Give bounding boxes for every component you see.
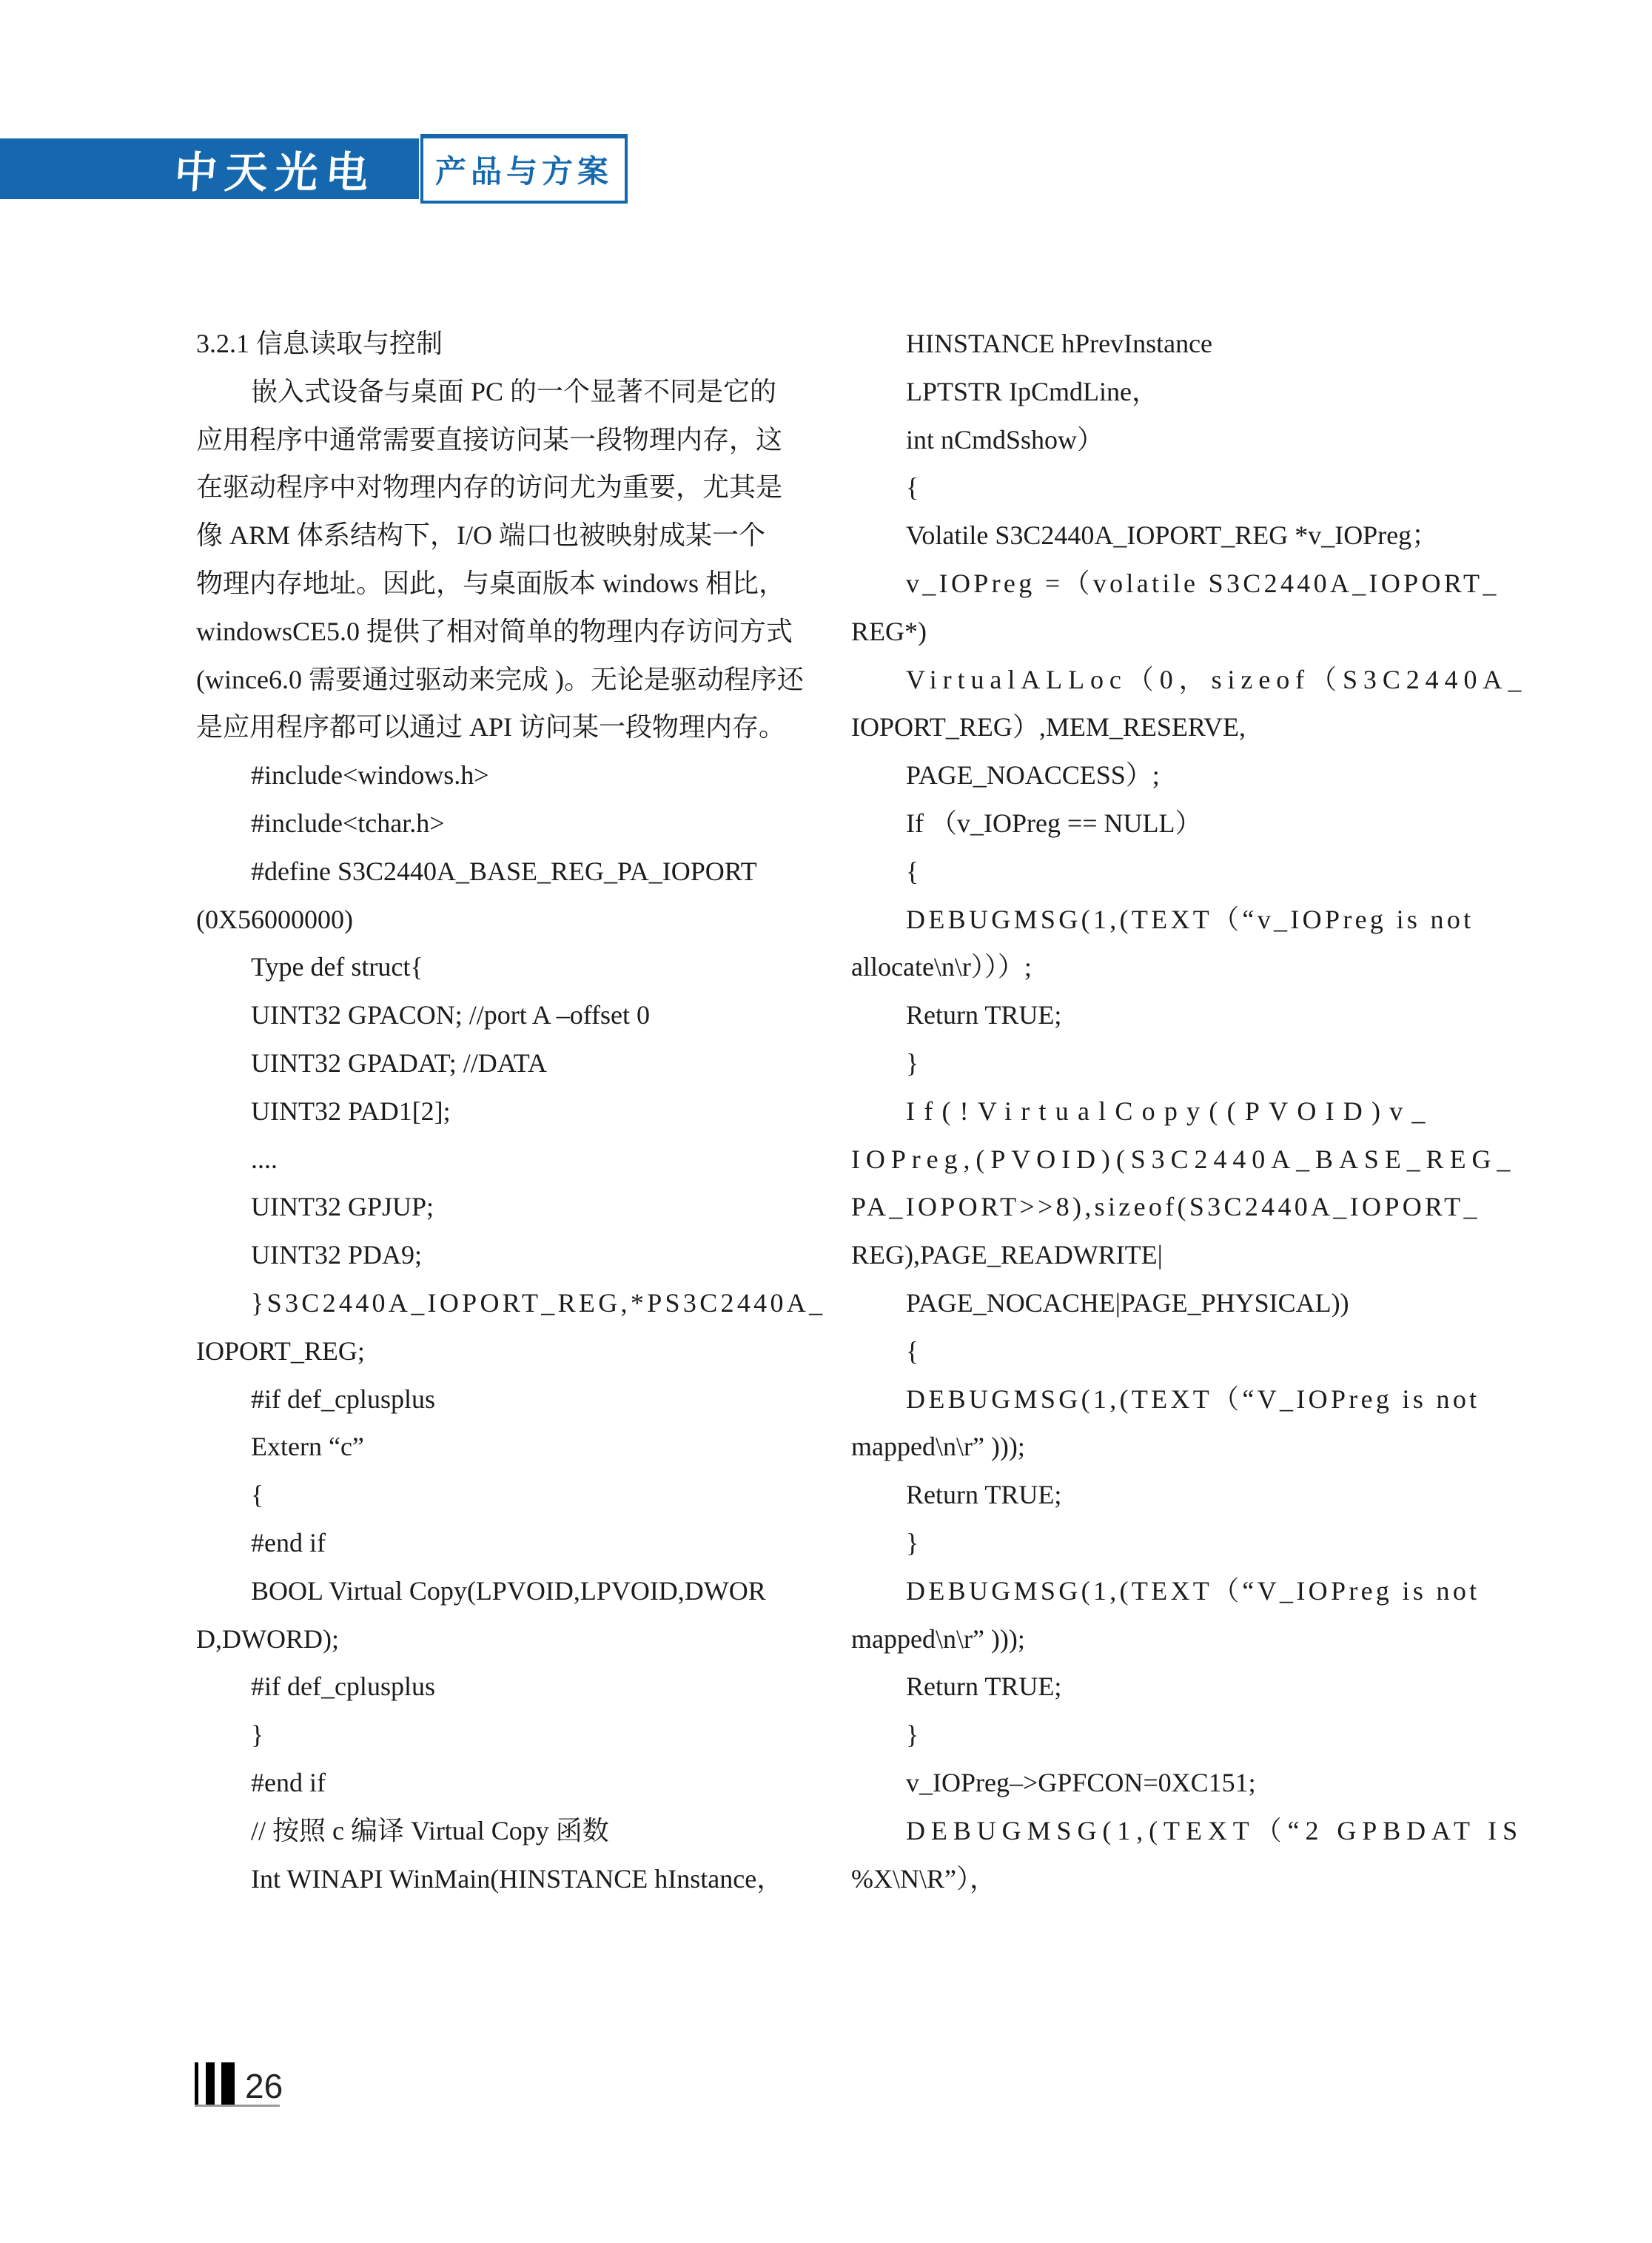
- text-line: REG*): [851, 608, 1517, 656]
- text-line: #end if: [196, 1519, 788, 1567]
- text-line: Int WINAPI WinMain(HINSTANCE hInstance，: [196, 1855, 788, 1903]
- text-line: 在驱动程序中对物理内存的访问尤为重要，尤其是: [196, 463, 788, 512]
- text-line: // 按照 c 编译 Virtual Copy 函数: [196, 1807, 788, 1855]
- text-line: If （v_IOPreg == NULL）: [851, 799, 1517, 848]
- text-line: VirtualALLoc（0，sizeof（S3C2440A_: [851, 656, 1517, 704]
- text-line: mapped\n\r” )));: [851, 1615, 1517, 1663]
- article-column-left: 3.2.1 信息读取与控制嵌入式设备与桌面 PC 的一个显著不同是它的应用程序中…: [196, 320, 788, 1902]
- text-line: REG),PAGE_READWRITE|: [851, 1231, 1517, 1279]
- text-line: #define S3C2440A_BASE_REG_PA_IOPORT: [196, 848, 788, 896]
- text-line: Extern “c”: [196, 1423, 788, 1471]
- footer-rule: [195, 2105, 280, 2107]
- text-line: }: [851, 1519, 1517, 1567]
- text-line: PAGE_NOACCESS）;: [851, 751, 1517, 799]
- brand-logo: 中天光电: [172, 138, 378, 200]
- text-line: 物理内存地址。因此，与桌面版本 windows 相比，: [196, 560, 788, 608]
- text-line: {: [196, 1471, 788, 1519]
- text-line: (wince6.0 需要通过驱动来完成 )。无论是驱动程序还: [196, 656, 788, 704]
- text-line: D,DWORD);: [196, 1615, 788, 1663]
- text-line: DEBUGMSG(1,(TEXT（“2 GPBDAT IS: [851, 1807, 1517, 1855]
- text-line: #include<windows.h>: [196, 751, 788, 799]
- text-line: UINT32 GPACON; //port A –offset 0: [196, 991, 788, 1039]
- text-line: 3.2.1 信息读取与控制: [196, 320, 788, 368]
- text-line: Return TRUE;: [851, 991, 1517, 1039]
- text-line: #if def_cplusplus: [196, 1375, 788, 1424]
- text-line: {: [851, 463, 1517, 512]
- text-line: ....: [196, 1136, 788, 1184]
- text-line: UINT32 PAD1[2];: [196, 1087, 788, 1136]
- text-line: {: [851, 1327, 1517, 1375]
- text-line: (0X56000000): [196, 896, 788, 944]
- page-marker-bars-icon: [195, 2062, 235, 2105]
- text-line: IOPreg,(PVOID)(S3C2440A_BASE_REG_: [851, 1136, 1517, 1184]
- text-line: }: [851, 1711, 1517, 1759]
- text-line: }: [196, 1711, 788, 1759]
- section-label: 产品与方案: [435, 147, 613, 192]
- text-line: DEBUGMSG(1,(TEXT（“v_IOPreg is not: [851, 896, 1517, 944]
- text-line: UINT32 PDA9;: [196, 1231, 788, 1279]
- text-line: int nCmdSshow）: [851, 416, 1517, 464]
- text-line: If(!VirtualCopy((PVOID)v_: [851, 1087, 1517, 1136]
- text-line: windowsCE5.0 提供了相对简单的物理内存访问方式: [196, 608, 788, 656]
- text-line: PAGE_NOCACHE|PAGE_PHYSICAL)): [851, 1279, 1517, 1327]
- text-line: LPTSTR IpCmdLine，: [851, 368, 1517, 416]
- text-line: Return TRUE;: [851, 1663, 1517, 1711]
- page-footer: 26: [195, 2062, 283, 2105]
- text-line: DEBUGMSG(1,(TEXT（“V_IOPreg is not: [851, 1567, 1517, 1615]
- header-bar: 中天光电: [0, 138, 419, 199]
- text-line: v_IOPreg =（volatile S3C2440A_IOPORT_: [851, 560, 1517, 608]
- section-label-box: 产品与方案: [420, 134, 628, 204]
- text-line: allocate\n\r）））;: [851, 943, 1517, 991]
- text-line: 嵌入式设备与桌面 PC 的一个显著不同是它的: [196, 368, 788, 416]
- text-line: PA_IOPORT>>8),sizeof(S3C2440A_IOPORT_: [851, 1183, 1517, 1231]
- text-line: Return TRUE;: [851, 1471, 1517, 1519]
- text-line: Volatile S3C2440A_IOPORT_REG *v_IOPreg；: [851, 512, 1517, 560]
- text-line: %X\N\R”），: [851, 1855, 1517, 1903]
- text-line: }: [851, 1039, 1517, 1087]
- text-line: }S3C2440A_IOPORT_REG,*PS3C2440A_: [196, 1279, 788, 1327]
- text-line: 是应用程序都可以通过 API 访问某一段物理内存。: [196, 703, 788, 751]
- text-line: 像 ARM 体系结构下，I/O 端口也被映射成某一个: [196, 512, 788, 560]
- text-line: #end if: [196, 1759, 788, 1807]
- text-line: mapped\n\r” )));: [851, 1423, 1517, 1471]
- text-line: IOPORT_REG;: [196, 1327, 788, 1375]
- text-line: UINT32 GPJUP;: [196, 1183, 788, 1231]
- text-line: UINT32 GPADAT; //DATA: [196, 1039, 788, 1087]
- text-line: IOPORT_REG）,MEM_RESERVE,: [851, 703, 1517, 751]
- text-line: v_IOPreg–>GPFCON=0XC151;: [851, 1759, 1517, 1807]
- text-line: Type def struct{: [196, 943, 788, 991]
- text-line: HINSTANCE hPrevInstance: [851, 320, 1517, 368]
- text-line: #if def_cplusplus: [196, 1663, 788, 1711]
- text-line: #include<tchar.h>: [196, 799, 788, 848]
- text-line: DEBUGMSG(1,(TEXT（“V_IOPreg is not: [851, 1375, 1517, 1424]
- article-column-right: HINSTANCE hPrevInstanceLPTSTR IpCmdLine，…: [851, 320, 1517, 1902]
- page-number: 26: [245, 2069, 283, 2105]
- text-line: 应用程序中通常需要直接访问某一段物理内存，这: [196, 416, 788, 464]
- text-line: {: [851, 848, 1517, 896]
- text-line: BOOL Virtual Copy(LPVOID,LPVOID,DWOR: [196, 1567, 788, 1615]
